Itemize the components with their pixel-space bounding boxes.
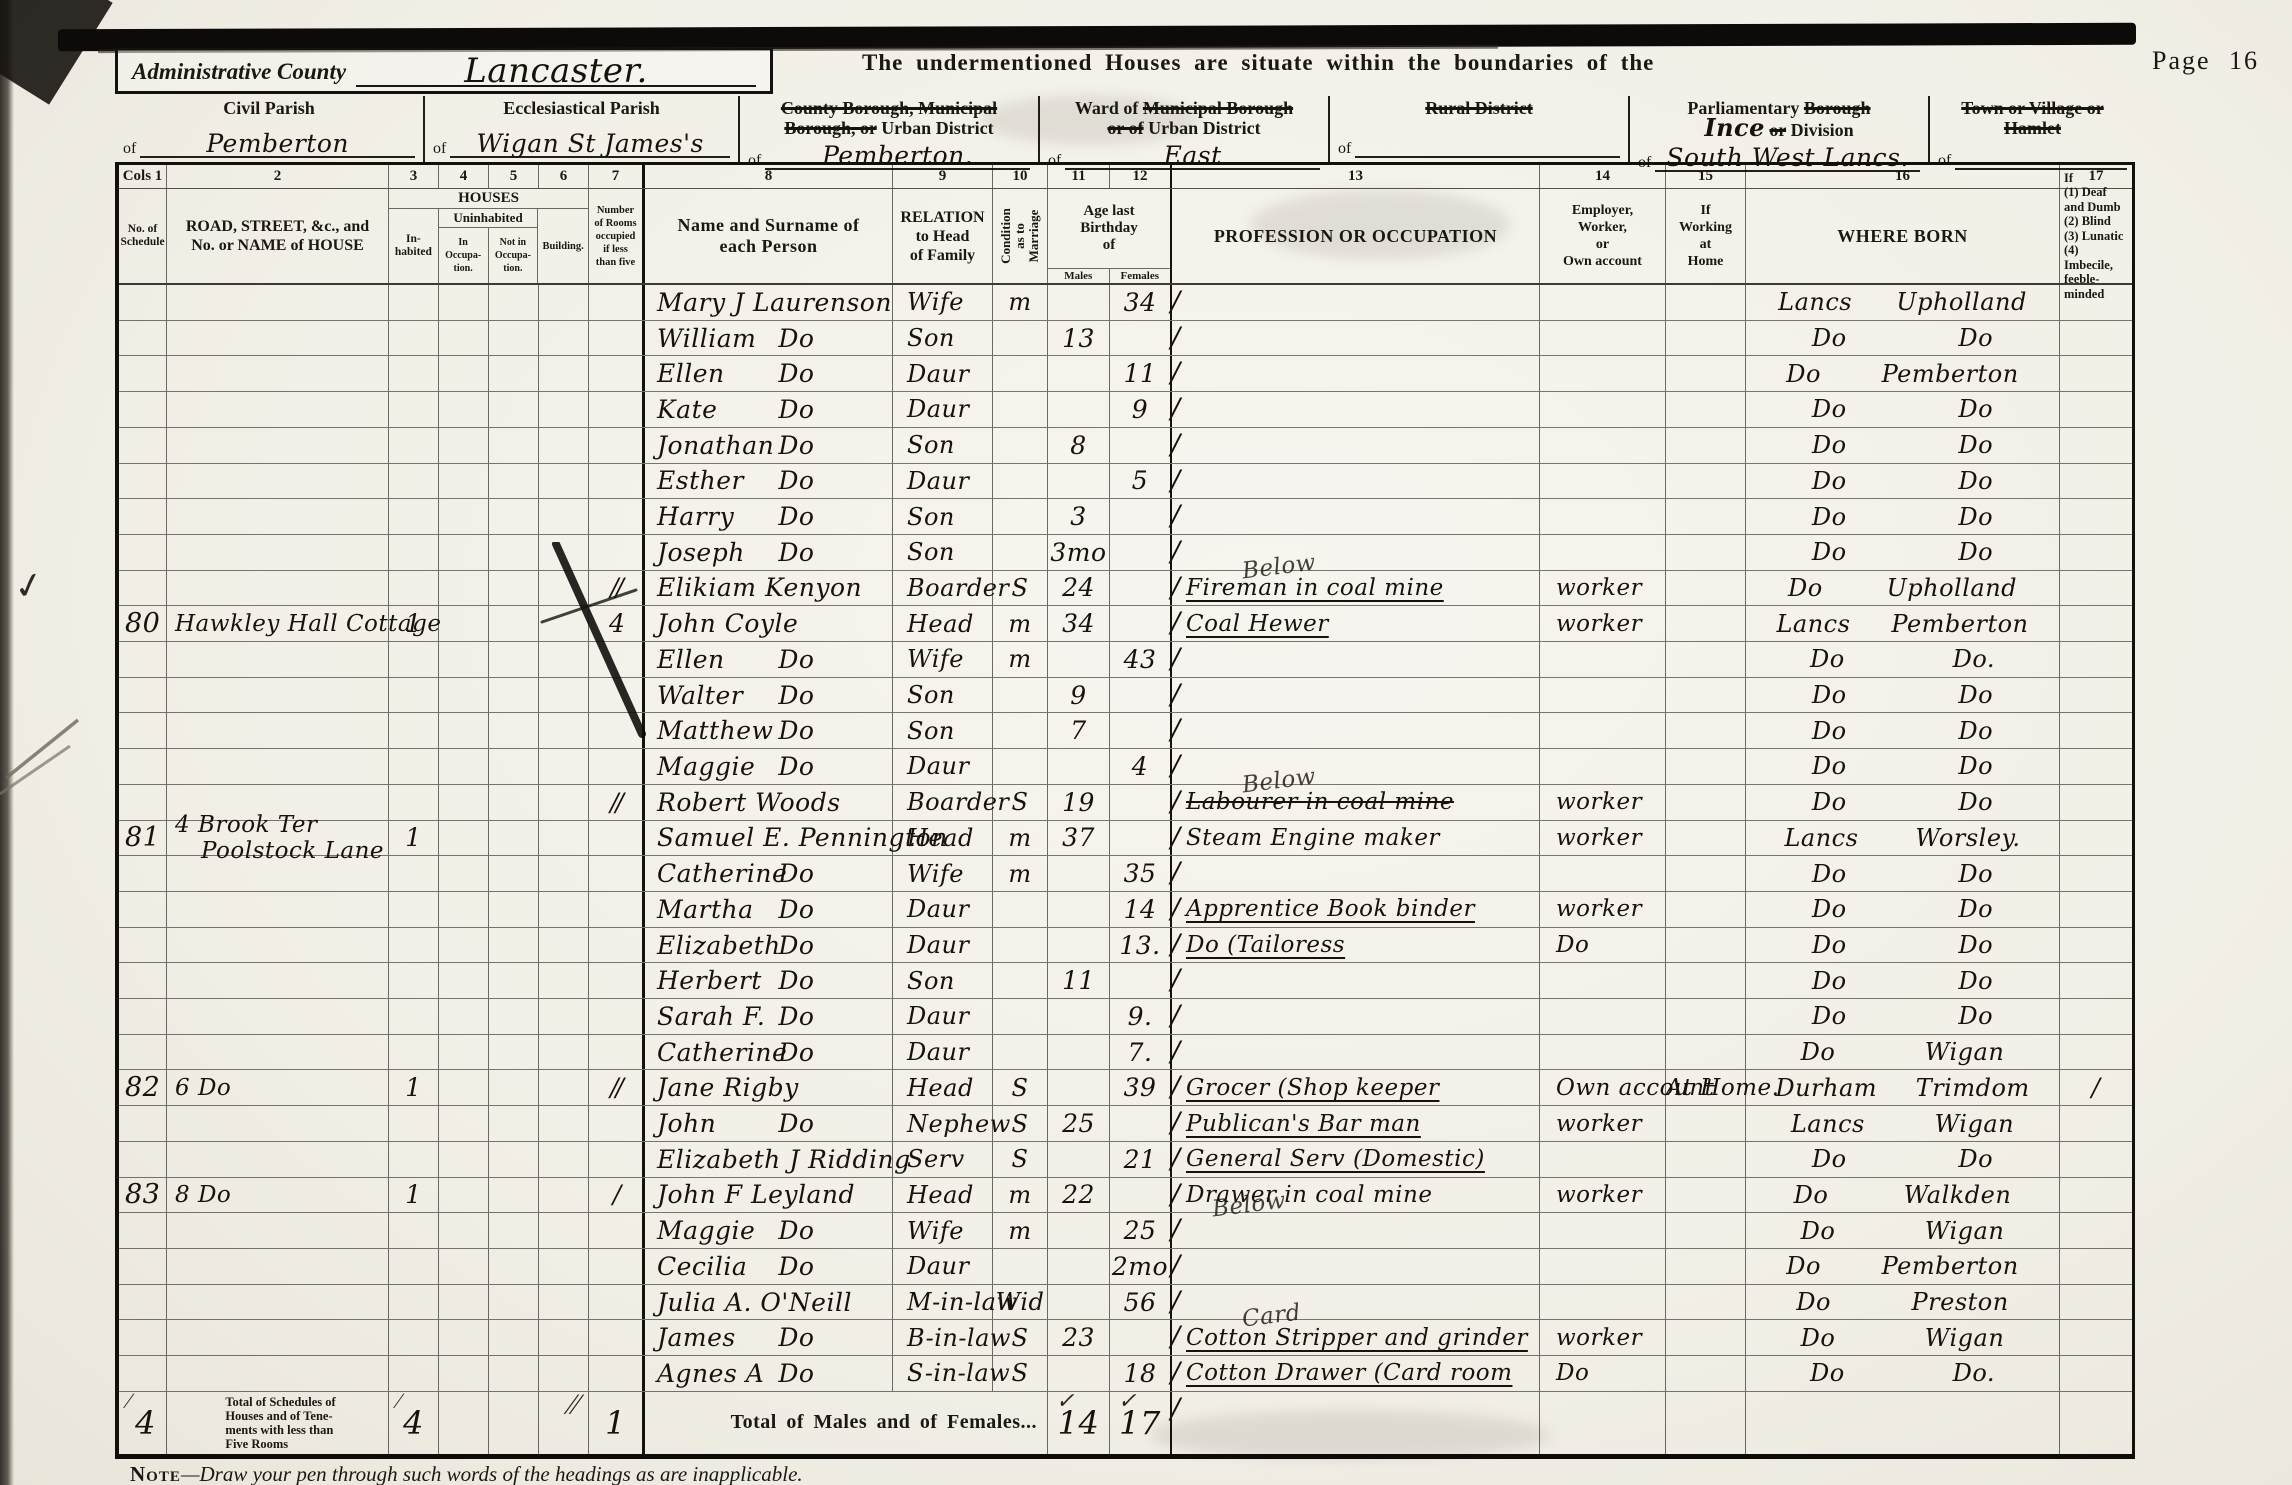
age-female-cell: 2mo/ xyxy=(1110,1249,1172,1284)
ditto-mark: Do xyxy=(778,1002,814,1031)
where-born-cell: DoWigan xyxy=(1746,1320,2060,1355)
person-name: Elikiam Kenyon xyxy=(657,573,862,602)
age-male-cell xyxy=(1048,749,1110,784)
infirmity-cell xyxy=(2060,1249,2132,1284)
header-males: Males xyxy=(1048,269,1110,283)
employer-cell xyxy=(1540,749,1666,784)
rooms-cell xyxy=(589,678,645,713)
relation-value: Daur xyxy=(907,895,969,923)
census-row: CatherineDoWifem35/DoDo xyxy=(119,856,2132,892)
address-cell xyxy=(167,321,389,356)
section-heading: Civil Parish xyxy=(123,98,415,118)
name-cell: HerbertDo xyxy=(645,963,893,998)
condition-value: m xyxy=(1008,1217,1031,1245)
condition-cell xyxy=(993,356,1048,391)
employer-cell: worker xyxy=(1540,892,1666,927)
age-male-cell xyxy=(1048,642,1110,677)
where-born-cell: LancsPemberton xyxy=(1746,606,2060,641)
inhabited-cell xyxy=(389,499,439,534)
section-heading: Parliamentary BoroughInce or Division xyxy=(1638,98,1920,140)
rooms-cell xyxy=(589,1213,645,1248)
ditto-mark: Do xyxy=(778,895,814,924)
age-female-value: 11 xyxy=(1124,359,1157,388)
scan-corner-artifact xyxy=(0,0,113,105)
born-county: Do xyxy=(1794,1181,1829,1209)
born-county: Do xyxy=(1812,1002,1847,1030)
age-female-cell: / xyxy=(1110,963,1172,998)
name-cell: WilliamDo xyxy=(645,321,893,356)
building-cell xyxy=(539,713,589,748)
employer-cell: worker xyxy=(1540,1178,1666,1213)
age-male-cell xyxy=(1048,464,1110,499)
rooms-cell: // xyxy=(589,571,645,606)
tally-tick: / xyxy=(1171,499,1180,532)
address-line: 4 Brook Ter xyxy=(167,812,317,838)
at-home-cell xyxy=(1666,1320,1746,1355)
occupation-cell: Fireman in coal mineBelow xyxy=(1172,571,1540,606)
age-male-cell xyxy=(1048,1142,1110,1177)
name-cell: Agnes ADo xyxy=(645,1356,893,1391)
address-line: 8 Do xyxy=(167,1182,231,1208)
infirmity-cell xyxy=(2060,1213,2132,1248)
header-infirmity: If (1) Deaf and Dumb (2) Blind (3) Lunat… xyxy=(2060,189,2132,283)
occupation-cell: Drawer in coal mineBelow xyxy=(1172,1178,1540,1213)
rooms-cell xyxy=(589,392,645,427)
totals-label: Total of Schedules of Houses and of Tene… xyxy=(167,1392,389,1454)
employer-value: worker xyxy=(1556,1325,1642,1351)
relation-value: Daur xyxy=(907,395,969,423)
occupation-value: Labourer in coal mine xyxy=(1186,789,1454,815)
occupation-cell xyxy=(1172,1035,1540,1070)
building-cell xyxy=(539,1035,589,1070)
uninhabited-not-occupation-cell xyxy=(489,499,539,534)
occupation-cell xyxy=(1172,392,1540,427)
relation-cell: Wife xyxy=(893,285,993,320)
building-cell xyxy=(539,928,589,963)
relation-cell: M-in-law xyxy=(893,1285,993,1320)
address-cell xyxy=(167,1142,389,1177)
struck-heading-text: County Borough, Municipal xyxy=(781,98,997,118)
uninhabited-in-occupation-cell xyxy=(439,1106,489,1141)
relation-cell: Daur xyxy=(893,749,993,784)
uninhabited-not-occupation-cell xyxy=(489,785,539,820)
condition-cell xyxy=(993,713,1048,748)
born-place: Do xyxy=(1958,895,1993,923)
name-cell: Elizabeth J Ridding xyxy=(645,1142,893,1177)
person-name: Esther xyxy=(657,466,744,495)
building-cell xyxy=(539,963,589,998)
ditto-mark: Do xyxy=(778,359,814,388)
infirmity-cell xyxy=(2060,499,2132,534)
census-row: 826 Do1//Jane RigbyHeadS39/Grocer (Shop … xyxy=(119,1070,2132,1106)
age-male-cell: 7 xyxy=(1048,713,1110,748)
occupation-cell xyxy=(1172,1213,1540,1248)
employer-cell xyxy=(1540,1142,1666,1177)
age-male-cell xyxy=(1048,356,1110,391)
uninhabited-in-occupation-cell xyxy=(439,464,489,499)
address-cell xyxy=(167,428,389,463)
building-cell xyxy=(539,285,589,320)
uninhabited-not-occupation-cell xyxy=(489,1320,539,1355)
address-cell xyxy=(167,1356,389,1391)
footnote-text: —Draw your pen through such words of the… xyxy=(181,1462,803,1485)
where-born-cell: LancsWorsley. xyxy=(1746,821,2060,856)
rooms-mark: / xyxy=(613,1180,618,1209)
born-place: Do xyxy=(1958,860,1993,888)
rooms-cell xyxy=(589,821,645,856)
schedule-number-cell: 80 xyxy=(119,606,167,641)
at-home-cell xyxy=(1666,856,1746,891)
totals-empty-cell xyxy=(1540,1392,1666,1454)
age-female-cell: 13./ xyxy=(1110,928,1172,963)
infirmity-cell xyxy=(2060,892,2132,927)
born-county: Do xyxy=(1812,788,1847,816)
occupation-cell xyxy=(1172,749,1540,784)
age-female-value: 39 xyxy=(1124,1073,1157,1102)
uninhabited-in-occupation-cell xyxy=(439,321,489,356)
uninhabited-not-occupation-cell xyxy=(489,856,539,891)
name-cell: MatthewDo xyxy=(645,713,893,748)
totals-empty-cell xyxy=(1172,1392,1540,1454)
name-cell: Sarah F.Do xyxy=(645,999,893,1034)
total-schedules-cell: ⁄ 4 xyxy=(119,1392,167,1454)
struck-heading-text: Municipal Borough xyxy=(1143,98,1293,118)
at-home-cell xyxy=(1666,606,1746,641)
header-age-group: Age last Birthday of Males Females xyxy=(1048,189,1172,283)
inhabited-mark: 1 xyxy=(405,1073,421,1102)
address-cell xyxy=(167,356,389,391)
age-male-cell: 9 xyxy=(1048,678,1110,713)
tally-tick: ✓ xyxy=(1118,1388,1136,1414)
ditto-mark: Do xyxy=(778,859,814,888)
condition-cell xyxy=(993,928,1048,963)
address-cell xyxy=(167,928,389,963)
relation-cell: B-in-law xyxy=(893,1320,993,1355)
age-female-cell: / xyxy=(1110,428,1172,463)
relation-cell: Head xyxy=(893,1070,993,1105)
occupation-cell: General Serv (Domestic) xyxy=(1172,1142,1540,1177)
born-place: Do xyxy=(1958,931,1993,959)
rooms-cell xyxy=(589,999,645,1034)
at-home-cell xyxy=(1666,1178,1746,1213)
where-born-cell: DoDo xyxy=(1746,928,2060,963)
person-name: Sarah F. xyxy=(657,1002,765,1031)
born-place: Do xyxy=(1958,395,1993,423)
employer-cell xyxy=(1540,678,1666,713)
relation-value: Son xyxy=(907,431,955,459)
where-born-cell: DoDo xyxy=(1746,713,2060,748)
at-home-cell xyxy=(1666,642,1746,677)
person-name: John Coyle xyxy=(657,609,798,638)
relation-value: Son xyxy=(907,324,955,352)
relation-value: Daur xyxy=(907,931,969,959)
tally-tick: / xyxy=(1171,356,1180,389)
age-male-cell: 23 xyxy=(1048,1320,1110,1355)
building-cell xyxy=(539,606,589,641)
schedule-number-cell xyxy=(119,1035,167,1070)
rooms-cell xyxy=(589,1356,645,1391)
uninhabited-in-occupation-cell xyxy=(439,642,489,677)
name-cell: Jane Rigby xyxy=(645,1070,893,1105)
born-place: Wigan xyxy=(1935,1110,2015,1138)
relation-cell: Head xyxy=(893,606,993,641)
column-number-2: 2 xyxy=(167,165,389,188)
tally-tick: / xyxy=(1171,856,1180,889)
inhabited-cell xyxy=(389,749,439,784)
born-place: Pemberton xyxy=(1882,1252,2019,1280)
column-number-3: 3 xyxy=(389,165,439,188)
heading-line: Civil Parish xyxy=(123,98,415,118)
uninhabited-in-occupation-cell xyxy=(439,892,489,927)
tally-tick: / xyxy=(1171,963,1180,996)
building-cell xyxy=(539,1213,589,1248)
relation-cell: Daur xyxy=(893,928,993,963)
tally-tick: ⁄ xyxy=(397,1388,401,1414)
column-number-7: 7 xyxy=(589,165,645,188)
relation-cell: Head xyxy=(893,1178,993,1213)
tally-tick: / xyxy=(1171,606,1180,639)
header-building: Building. xyxy=(538,209,588,283)
section-value-underline: Pemberton xyxy=(140,126,415,158)
age-male-value: 11 xyxy=(1062,966,1095,995)
relation-value: Son xyxy=(907,503,955,531)
census-row: JosephDoSon3mo/DoDo xyxy=(119,535,2132,571)
person-name: Jonathan xyxy=(657,431,774,460)
age-female-cell: / xyxy=(1110,678,1172,713)
address-cell: 8 Do xyxy=(167,1178,389,1213)
age-male-value: 3 xyxy=(1070,502,1086,531)
relation-value: Son xyxy=(907,967,955,995)
employer-cell xyxy=(1540,499,1666,534)
person-name: Maggie xyxy=(657,1216,755,1245)
where-born-cell: DurhamTrimdom xyxy=(1746,1070,2060,1105)
name-cell: Julia A. O'Neill xyxy=(645,1285,893,1320)
at-home-cell xyxy=(1666,356,1746,391)
age-female-cell: 39/ xyxy=(1110,1070,1172,1105)
condition-cell xyxy=(993,749,1048,784)
where-born-cell: LancsUpholland xyxy=(1746,285,2060,320)
census-entries: Mary J LaurensonWifem34/LancsUphollandWi… xyxy=(119,285,2132,1392)
header-at-home: If Working at Home xyxy=(1666,189,1746,283)
census-row: WilliamDoSon13/DoDo xyxy=(119,321,2132,357)
name-cell: MaggieDo xyxy=(645,749,893,784)
occupation-cell: Cotton Drawer (Card room xyxy=(1172,1356,1540,1391)
column-number-8: 8 xyxy=(645,165,893,188)
rooms-cell xyxy=(589,499,645,534)
employer-cell: worker xyxy=(1540,1320,1666,1355)
inhabited-cell xyxy=(389,1285,439,1320)
at-home-cell xyxy=(1666,928,1746,963)
condition-cell xyxy=(993,999,1048,1034)
uninhabited-not-occupation-cell xyxy=(489,892,539,927)
census-row: Mary J LaurensonWifem34/LancsUpholland xyxy=(119,285,2132,321)
header-age-last-birthday: Age last Birthday of xyxy=(1048,189,1170,268)
infirmity-cell xyxy=(2060,713,2132,748)
tally-tick: / xyxy=(1171,285,1180,318)
totals-empty-cell xyxy=(1666,1392,1746,1454)
header-condition: Condition as to Marriage xyxy=(993,189,1048,283)
tally-tick: / xyxy=(1171,678,1180,711)
tally-tick: / xyxy=(1171,749,1180,782)
section-town-village-hamlet: Town or Village or Hamletof xyxy=(1930,96,2135,162)
census-row: MaggieDoWifem25/DoWigan xyxy=(119,1213,2132,1249)
person-name: Joseph xyxy=(657,538,745,567)
section-of-line: ofPemberton xyxy=(123,126,415,158)
relation-cell: Daur xyxy=(893,999,993,1034)
age-male-cell: 19 xyxy=(1048,785,1110,820)
uninhabited-in-occupation-cell xyxy=(439,928,489,963)
census-row: JohnDoNephewS25/Publican's Bar manworker… xyxy=(119,1106,2132,1142)
ditto-mark: Do xyxy=(778,716,814,745)
ditto-mark: Do xyxy=(778,645,814,674)
inhabited-cell xyxy=(389,678,439,713)
where-born-cell: DoDo. xyxy=(1746,1356,2060,1391)
person-name: Cecilia xyxy=(657,1252,747,1281)
of-label: of xyxy=(433,140,450,158)
condition-cell: S xyxy=(993,1356,1048,1391)
schedule-number-cell xyxy=(119,999,167,1034)
schedule-number: 82 xyxy=(119,1072,160,1103)
employer-cell: Do xyxy=(1540,1356,1666,1391)
infirmity-cell xyxy=(2060,464,2132,499)
inhabited-cell: 1 xyxy=(389,821,439,856)
uninhabited-not-occupation-cell xyxy=(489,606,539,641)
age-male-value: 19 xyxy=(1062,788,1095,817)
section-rural-district: Rural Districtof xyxy=(1330,96,1630,162)
born-county: Do xyxy=(1812,967,1847,995)
uninhabited-not-occupation-cell xyxy=(489,1142,539,1177)
relation-cell: Daur xyxy=(893,464,993,499)
infirmity-cell xyxy=(2060,821,2132,856)
building-cell xyxy=(539,642,589,677)
age-male-cell: 11 xyxy=(1048,963,1110,998)
ditto-mark: Do xyxy=(778,502,814,531)
totals-empty-cell xyxy=(1746,1392,2060,1454)
where-born-cell: DoDo xyxy=(1746,392,2060,427)
name-cell: MaggieDo xyxy=(645,1213,893,1248)
header-rooms: Number of Rooms occupied if less than fi… xyxy=(589,189,645,283)
name-cell: Mary J Laurenson xyxy=(645,285,893,320)
uninhabited-in-occupation-cell xyxy=(439,1285,489,1320)
schedule-number-cell xyxy=(119,963,167,998)
condition-cell xyxy=(993,963,1048,998)
building-cell xyxy=(539,1356,589,1391)
address-cell xyxy=(167,963,389,998)
age-female-value: 56 xyxy=(1124,1288,1157,1317)
building-cell xyxy=(539,321,589,356)
address-cell xyxy=(167,499,389,534)
age-male-cell: 37 xyxy=(1048,821,1110,856)
person-name: John F Leyland xyxy=(657,1180,855,1209)
condition-value: m xyxy=(1008,1181,1031,1209)
employer-cell xyxy=(1540,963,1666,998)
at-home-cell xyxy=(1666,392,1746,427)
column-number-6: 6 xyxy=(539,165,589,188)
born-county: Do xyxy=(1788,574,1823,602)
occupation-cell xyxy=(1172,642,1540,677)
uninhabited-in-occupation-cell xyxy=(439,392,489,427)
struck-heading-text: Town or Village or Hamlet xyxy=(1961,98,2104,138)
age-male-value: 25 xyxy=(1062,1109,1095,1138)
column-number-9: 9 xyxy=(893,165,993,188)
census-row: MaggieDoDaur4/DoDo xyxy=(119,749,2132,785)
born-place: Worsley. xyxy=(1915,824,2020,852)
relation-cell: Son xyxy=(893,499,993,534)
census-row: EllenDoDaur11/DoPemberton xyxy=(119,356,2132,392)
name-cell: MarthaDo xyxy=(645,892,893,927)
inhabited-cell xyxy=(389,892,439,927)
building-cell xyxy=(539,856,589,891)
relation-cell: S-in-law xyxy=(893,1356,993,1391)
name-cell: Elikiam Kenyon xyxy=(645,571,893,606)
age-female-value: 43 xyxy=(1124,645,1157,674)
ditto-mark: Do xyxy=(778,752,814,781)
age-male-cell xyxy=(1048,1070,1110,1105)
employer-cell xyxy=(1540,321,1666,356)
uninhabited-not-occupation-cell xyxy=(489,1070,539,1105)
address-cell: 6 Do xyxy=(167,1070,389,1105)
address-cell xyxy=(167,1249,389,1284)
address-cell xyxy=(167,678,389,713)
section-heading: Town or Village or Hamlet xyxy=(1938,98,2127,138)
at-home-cell xyxy=(1666,999,1746,1034)
ditto-mark: Do xyxy=(778,1359,814,1388)
condition-value: m xyxy=(1008,824,1031,852)
relation-value: Serv xyxy=(907,1145,965,1173)
total-males-cell: ✓ 14 xyxy=(1048,1392,1110,1454)
schedule-number-cell xyxy=(119,713,167,748)
heading-line: Ward of Municipal Borough xyxy=(1048,98,1320,118)
born-place: Do xyxy=(1958,503,1993,531)
struck-heading-text: or of xyxy=(1107,118,1143,138)
relation-cell: Daur xyxy=(893,1249,993,1284)
infirmity-cell xyxy=(2060,749,2132,784)
schedule-number-cell xyxy=(119,1142,167,1177)
address-cell xyxy=(167,1320,389,1355)
total-rooms-value: 1 xyxy=(605,1404,626,1442)
building-cell xyxy=(539,499,589,534)
occupation-cell xyxy=(1172,535,1540,570)
age-female-cell: / xyxy=(1110,571,1172,606)
totals-empty-cell xyxy=(2060,1392,2132,1454)
inhabited-cell xyxy=(389,713,439,748)
condition-value: m xyxy=(1008,645,1031,673)
age-male-value: 13 xyxy=(1062,324,1095,353)
census-row: EstherDoDaur5/DoDo xyxy=(119,464,2132,500)
address-cell xyxy=(167,535,389,570)
occupation-cell: Coal Hewer xyxy=(1172,606,1540,641)
occupation-cell xyxy=(1172,999,1540,1034)
section-urban-district: County Borough, MunicipalBorough, or Urb… xyxy=(740,96,1040,162)
condition-value: S xyxy=(1012,574,1029,602)
building-cell xyxy=(539,678,589,713)
age-male-cell xyxy=(1048,1035,1110,1070)
schedule-number-cell xyxy=(119,678,167,713)
address-cell xyxy=(167,892,389,927)
where-born-cell: DoDo xyxy=(1746,678,2060,713)
building-cell xyxy=(539,785,589,820)
employer-cell: Own account xyxy=(1540,1070,1666,1105)
inhabited-cell xyxy=(389,928,439,963)
inhabited-cell xyxy=(389,1213,439,1248)
tally-tick: / xyxy=(1171,1320,1180,1353)
relation-value: Head xyxy=(907,1074,974,1102)
occupation-cell xyxy=(1172,285,1540,320)
uninhabited-in-occupation-cell xyxy=(439,821,489,856)
condition-cell: Wid xyxy=(993,1285,1048,1320)
name-cell: John F Leyland xyxy=(645,1178,893,1213)
relation-value: Wife xyxy=(907,288,964,316)
